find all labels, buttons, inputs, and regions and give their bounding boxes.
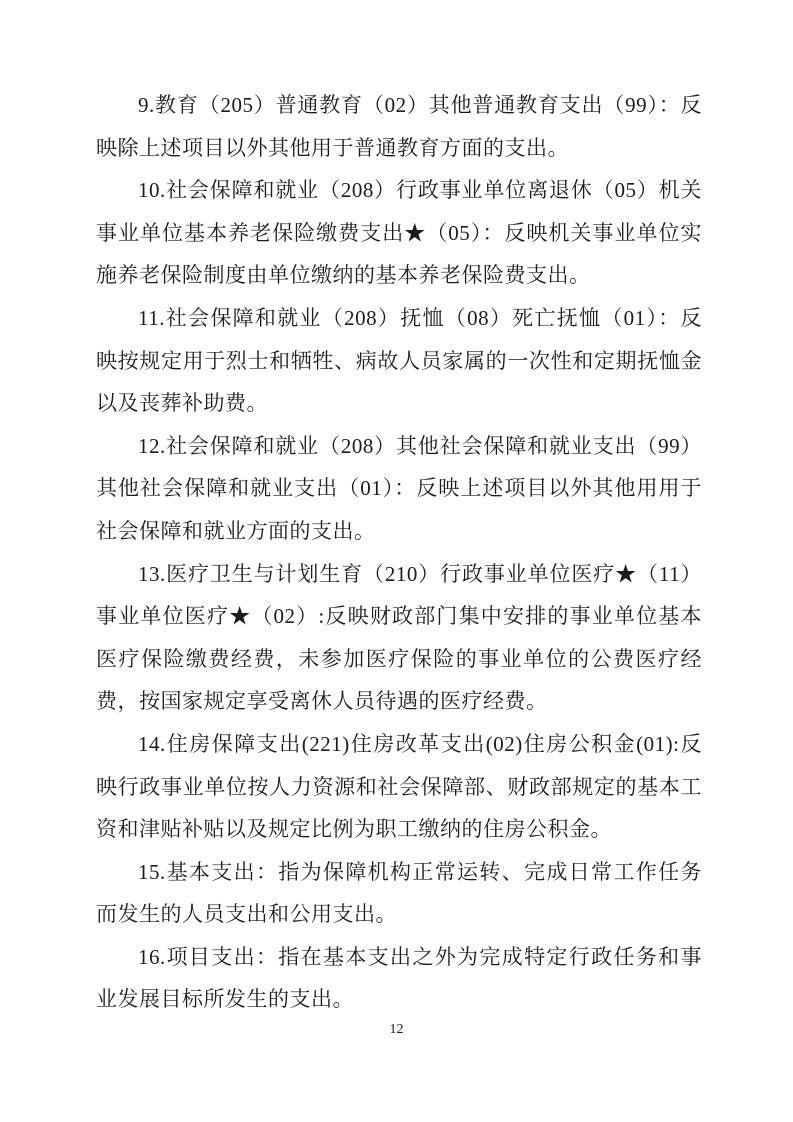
document-page: 9.教育（205）普通教育（02）其他普通教育支出（99）：反映除上述项目以外其… bbox=[0, 0, 793, 1122]
paragraph-item-9: 9.教育（205）普通教育（02）其他普通教育支出（99）：反映除上述项目以外其… bbox=[96, 84, 702, 169]
page-number: 12 bbox=[0, 1022, 793, 1038]
paragraph-item-16: 16.项目支出：指在基本支出之外为完成特定行政任务和事业发展目标所发生的支出。 bbox=[96, 936, 702, 1021]
paragraph-item-13: 13.医疗卫生与计划生育（210）行政事业单位医疗★（11）事业单位医疗★（02… bbox=[96, 553, 702, 723]
paragraph-item-15: 15.基本支出：指为保障机构正常运转、完成日常工作任务而发生的人员支出和公用支出… bbox=[96, 851, 702, 936]
paragraph-item-10: 10.社会保障和就业（208）行政事业单位离退休（05）机关事业单位基本养老保险… bbox=[96, 169, 702, 297]
paragraph-item-14: 14.住房保障支出(221)住房改革支出(02)住房公积金(01):反映行政事业… bbox=[96, 723, 702, 851]
document-body: 9.教育（205）普通教育（02）其他普通教育支出（99）：反映除上述项目以外其… bbox=[96, 84, 702, 1021]
paragraph-item-11: 11.社会保障和就业（208）抚恤（08）死亡抚恤（01）：反映按规定用于烈士和… bbox=[96, 297, 702, 425]
paragraph-item-12: 12.社会保障和就业（208）其他社会保障和就业支出（99）其他社会保障和就业支… bbox=[96, 425, 702, 553]
